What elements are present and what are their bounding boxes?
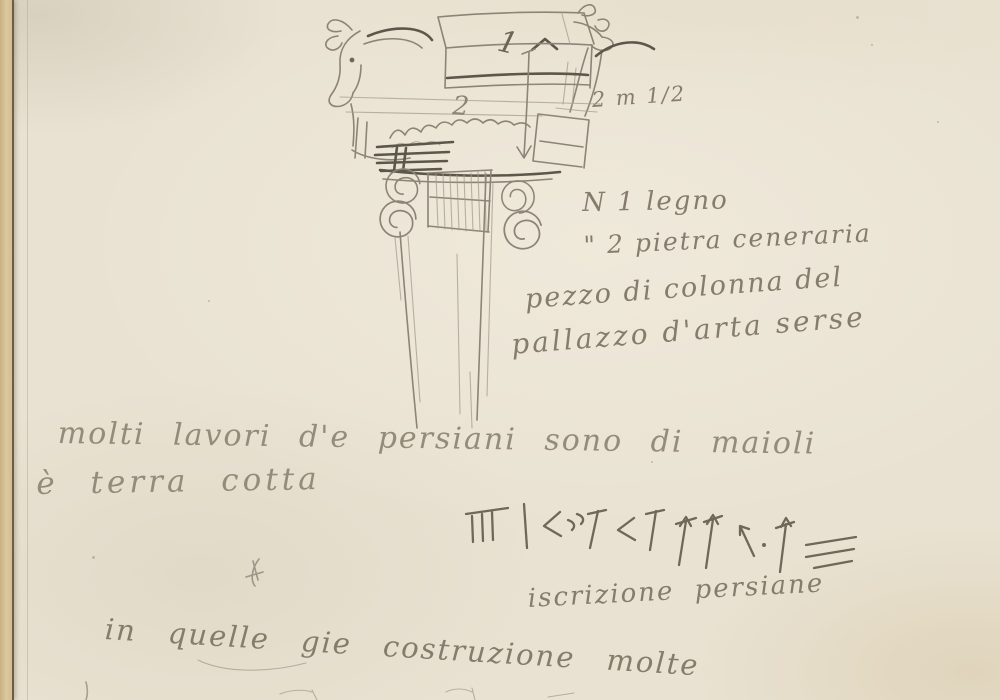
bottom-cut-text-tails [86, 682, 574, 700]
handwriting-swash [198, 660, 306, 670]
paper-speck [856, 16, 859, 19]
pencil-sketch-layer: 1 2 [0, 0, 1000, 700]
paper-speck [92, 556, 95, 559]
body-text-line-2: è terra cotta [36, 461, 321, 502]
cuneiform-inscription-sketch [466, 504, 856, 572]
shaft-band-sketch [428, 170, 492, 232]
correction-scribble [246, 559, 263, 586]
sketchbook-page: 1 2 [0, 0, 1000, 700]
dimension-guides: 2 [340, 49, 600, 158]
paper-speck [937, 121, 939, 123]
caption-line-materials-1: N 1 legno [582, 185, 729, 218]
volutes-sketch [380, 167, 546, 253]
capital-saddle-sketch [375, 114, 589, 182]
figure-label-1: 1 [494, 24, 521, 63]
paper-speck [208, 300, 210, 302]
impost-block-sketch: 1 [438, 12, 594, 88]
paper-speck [871, 44, 873, 46]
left-bull-protome-sketch [326, 20, 432, 160]
figure-label-2: 2 [451, 91, 471, 122]
paper-speck [651, 461, 653, 463]
